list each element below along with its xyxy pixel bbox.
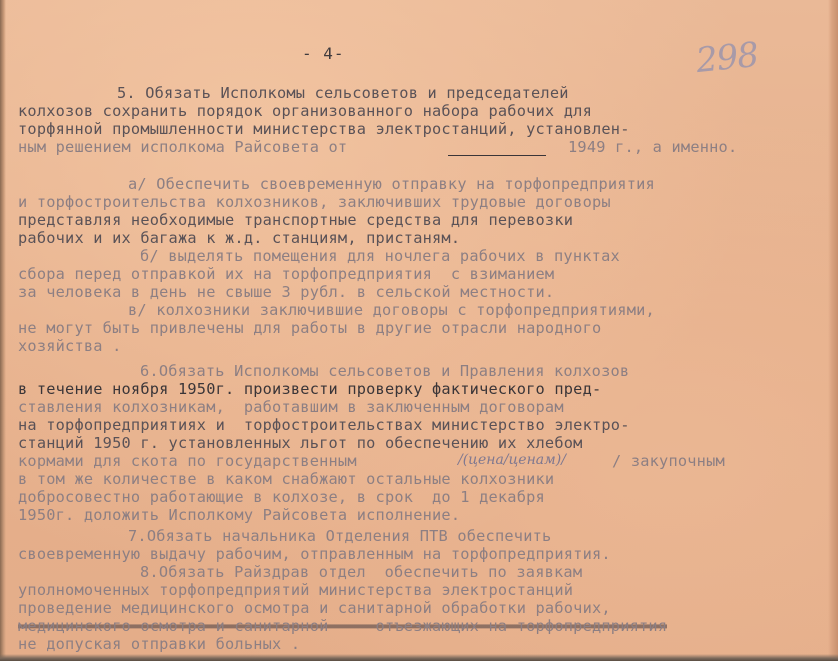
- text-line: представляя необходимые транспортные сре…: [18, 211, 573, 229]
- handwritten-insert: /(цена/ценам)/: [458, 452, 566, 468]
- text-line: кормами для скота по государственным: [18, 452, 357, 470]
- text-line: колхозов сохранить порядок организованно…: [18, 102, 592, 120]
- text-line: не могут быть привлечены для работы в др…: [18, 319, 601, 337]
- date-blank: [448, 143, 546, 156]
- text-line: станций 1950 г. установленных льгот по о…: [18, 434, 583, 452]
- text-line: 7.Обязать начальника Отделения ПТВ обесп…: [128, 527, 551, 545]
- text-line: торфянной промышленности министерства эл…: [18, 120, 630, 138]
- text-line: 1949 г., а именно.: [568, 138, 737, 156]
- text-line: в/ колхозники заключившие договоры с тор…: [128, 301, 655, 319]
- text-line: в том же количестве в каком снабжают ост…: [18, 470, 554, 488]
- text-line: в течение ноября 1950г. произвести прове…: [18, 380, 601, 398]
- text-line: не допуская отправки больных .: [18, 635, 300, 653]
- text-line: 6.Обязать Исполкомы сельсоветов и Правле…: [140, 362, 629, 380]
- text-line: / закупочным: [612, 452, 725, 470]
- text-line: за человека в день не свыше 3 рубл. в се…: [18, 283, 554, 301]
- text-line: на торфопредприятиях и торфостроительств…: [18, 416, 630, 434]
- text-line: и торфостроительства колхозников, заключ…: [18, 193, 611, 211]
- page-bottom-edge: [0, 654, 838, 661]
- archive-sheet-number: 298: [694, 35, 760, 81]
- text-line: ставления колхозникам, работавшим в закл…: [18, 398, 564, 416]
- page-right-fold: [828, 0, 838, 661]
- struck-text-line: медицинского осмотра и санитарной отъезж…: [18, 617, 667, 635]
- page-left-edge: [0, 0, 6, 661]
- text-line: добросовестно работающие в колхозе, в ср…: [18, 488, 545, 506]
- text-line: 5. Обязать Исполкомы сельсоветов и предс…: [117, 84, 569, 102]
- text-line: сбора перед отправкой их на торфопредпри…: [18, 265, 554, 283]
- text-line: хозяйства .: [18, 337, 122, 355]
- text-line: 1950г. доложить Исполкому Райсовета испо…: [18, 506, 460, 524]
- page-number: - 4-: [302, 44, 345, 63]
- text-line: ным решением исполкома Райсовета от: [18, 138, 347, 156]
- text-line: уполномоченных торфопредприятий министер…: [18, 581, 573, 599]
- text-line: б/ выделять помещения для ночлега рабочи…: [140, 247, 620, 265]
- text-line: 8.Обязать Райздрав отдел обеспечить по з…: [140, 563, 582, 581]
- text-line: рабочих и их багажа к ж.д. станциям, при…: [18, 229, 460, 247]
- text-line: проведение медицинского осмотра и санита…: [18, 599, 611, 617]
- text-line: а/ Обеспечить своевременную отправку на …: [128, 175, 655, 193]
- text-line: своевременную выдачу рабочим, отправленн…: [18, 545, 611, 563]
